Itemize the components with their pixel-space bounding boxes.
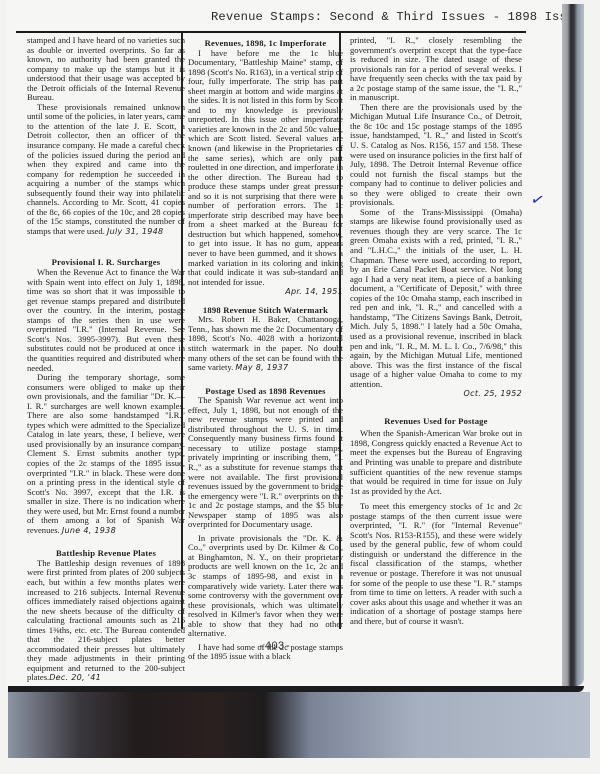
col1-intro-paragraph: stamped and I have heard of no varieties… xyxy=(27,36,185,103)
col1-surcharges-paragraph-1: When the Revenue Act to finance the War … xyxy=(27,268,185,373)
date-signature: Oct. 25, 1952 xyxy=(350,389,522,399)
column-2: Revenues, 1898, 1c Imperforate I have be… xyxy=(188,36,343,662)
col3-intro-paragraph: printed, "I. R.," closely resembling the… xyxy=(350,36,522,103)
col2-postage-paragraph-2: In private provisionals the "Dr. K. & Co… xyxy=(188,534,343,639)
col2-watermark-paragraph: Mrs. Robert H. Baker, Chattanooga, Tenn.… xyxy=(188,315,343,372)
page-number: -403- xyxy=(258,641,291,653)
date-signature: Dec. 20, '41 xyxy=(49,673,101,682)
date-signature: July 31, 1948 xyxy=(107,227,163,236)
col3-postage-paragraph-1: When the Spanish-American War broke out … xyxy=(350,429,522,496)
col2-postage-paragraph-1: The Spanish War revenue act went into ef… xyxy=(188,396,343,530)
header-rule xyxy=(16,31,526,33)
col3-postage-paragraph-2: To meet this emergency stocks of 1c and … xyxy=(350,502,522,626)
col3-michigan-paragraph: Then there are the provisionals used by … xyxy=(350,103,522,208)
scanner-edge-bottom xyxy=(8,692,590,758)
col1-battleship-paragraph-text: The Battleship design revenues of 1898 w… xyxy=(27,558,185,683)
col1-paragraph-2-text: These provisionals remained unknown unti… xyxy=(27,102,185,236)
col1-surcharges-paragraph-2-text: During the temporary shortage, some cons… xyxy=(27,372,185,535)
col1-surcharges-paragraph-2: During the temporary shortage, some cons… xyxy=(27,373,185,535)
date-signature: June 4, 1938 xyxy=(62,526,116,535)
document-page: Revenue Stamps: Second & Third Issues - … xyxy=(6,0,562,690)
column-3: printed, "I. R.," closely resembling the… xyxy=(350,36,522,626)
column-1: stamped and I have heard of no varieties… xyxy=(27,36,185,683)
col3-omaha-paragraph: Some of the Trans-Mississippi (Omaha) st… xyxy=(350,208,522,389)
scanner-edge-right xyxy=(562,4,584,686)
date-signature: May 8, 1937 xyxy=(235,363,288,372)
page-header-title: Revenue Stamps: Second & Third Issues - … xyxy=(211,10,582,24)
col2-imperforate-paragraph: I have before me the 1c blue Documentary… xyxy=(188,49,343,288)
col1-battleship-paragraph: The Battleship design revenues of 1898 w… xyxy=(27,559,185,683)
col1-paragraph-2: These provisionals remained unknown unti… xyxy=(27,103,185,237)
date-signature: Apr. 14, 1951 xyxy=(188,287,343,297)
section-heading-revenues-for-postage: Revenues Used for Postage xyxy=(350,417,522,427)
